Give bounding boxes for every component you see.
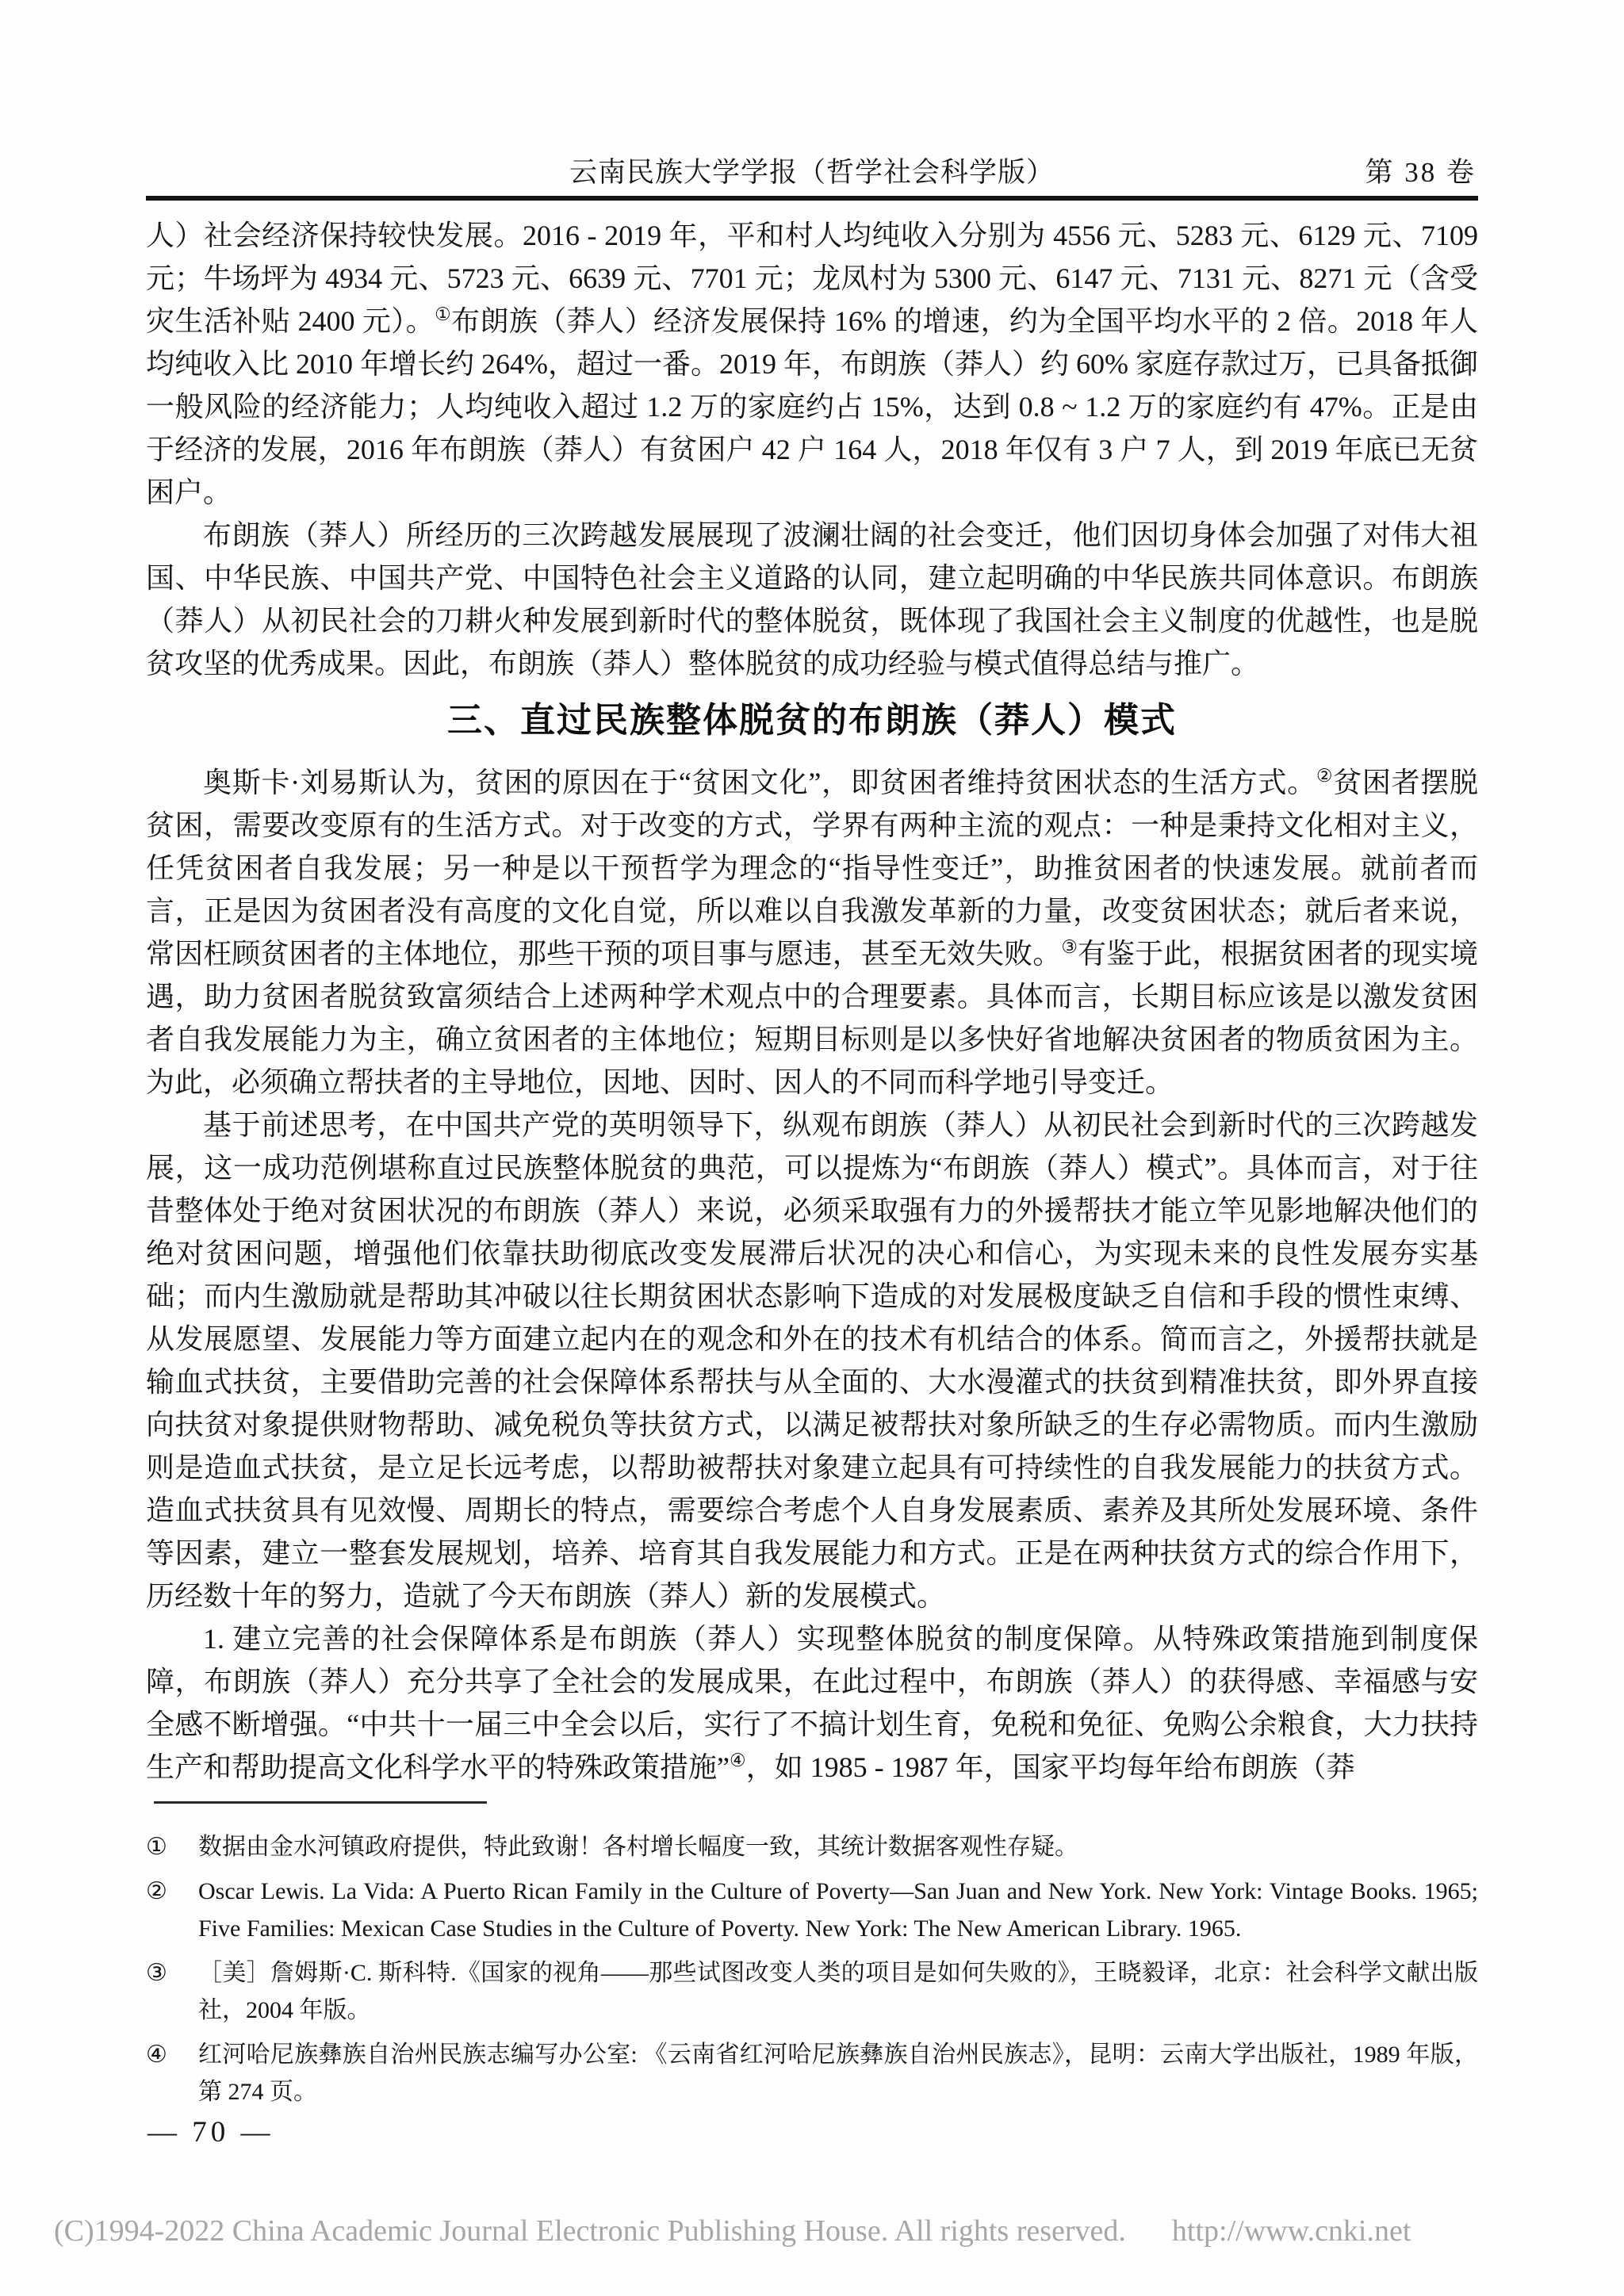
body-paragraph-2: 布朗族（莽人）所经历的三次跨越发展展现了波澜壮阔的社会变迁，他们因切身体会加强了… — [146, 514, 1478, 685]
footnote-text: ［美］詹姆斯·C. 斯科特.《国家的视角——那些试图改变人类的项目是如何失败的》… — [198, 1954, 1478, 2029]
footnote-item: ④ 红河哈尼族彝族自治州民族志编写办公室: 《云南省红河哈尼族彝族自治州民族志》… — [146, 2036, 1478, 2110]
footnote-item: ② Oscar Lewis. La Vida: A Puerto Rican F… — [146, 1873, 1478, 1947]
body-paragraph-5: 1. 建立完善的社会保障体系是布朗族（莽人）实现整体脱贫的制度保障。从特殊政策措… — [146, 1617, 1478, 1789]
section-heading: 三、直过民族整体脱贫的布朗族（莽人）模式 — [146, 701, 1478, 740]
body-paragraph-1: 人）社会经济保持较快发展。2016 - 2019 年，平和村人均纯收入分别为 4… — [146, 214, 1478, 514]
footnote-item: ① 数据由金水河镇政府提供，特此致谢！各村增长幅度一致，其统计数据客观性存疑。 — [146, 1828, 1478, 1865]
footnote-separator — [154, 1801, 487, 1804]
article-body: 人）社会经济保持较快发展。2016 - 2019 年，平和村人均纯收入分别为 4… — [146, 214, 1478, 1789]
footnote-text: 数据由金水河镇政府提供，特此致谢！各村增长幅度一致，其统计数据客观性存疑。 — [198, 1828, 1478, 1865]
copyright-text: (C)1994-2022 China Academic Journal Elec… — [54, 2214, 1126, 2248]
footnote-marker: ② — [146, 1873, 179, 1947]
footnote-marker: ③ — [146, 1954, 179, 2029]
header-rule — [146, 196, 1478, 201]
cnki-url: http://www.cnki.net — [1172, 2214, 1411, 2248]
footnote-marker: ① — [146, 1828, 179, 1865]
journal-title: 云南民族大学学报（哲学社会科学版） — [146, 151, 1478, 190]
body-paragraph-3: 奥斯卡·刘易斯认为，贫困的原因在于“贫困文化”，即贫困者维持贫困状态的生活方式。… — [146, 761, 1478, 1104]
volume-number: 第 38 卷 — [1365, 151, 1477, 190]
footnotes: ① 数据由金水河镇政府提供，特此致谢！各村增长幅度一致，其统计数据客观性存疑。 … — [146, 1828, 1478, 2118]
journal-page: 云南民族大学学报（哲学社会科学版） 第 38 卷 人）社会经济保持较快发展。20… — [0, 0, 1624, 2296]
footnote-marker: ④ — [146, 2036, 179, 2110]
footnote-item: ③ ［美］詹姆斯·C. 斯科特.《国家的视角——那些试图改变人类的项目是如何失败… — [146, 1954, 1478, 2029]
footnote-text: Oscar Lewis. La Vida: A Puerto Rican Fam… — [198, 1873, 1478, 1947]
running-header: 云南民族大学学报（哲学社会科学版） 第 38 卷 — [146, 151, 1478, 186]
copyright-footer: (C)1994-2022 China Academic Journal Elec… — [54, 2214, 1592, 2248]
body-paragraph-4: 基于前述思考，在中国共产党的英明领导下，纵观布朗族（莽人）从初民社会到新时代的三… — [146, 1104, 1478, 1617]
footnote-text: 红河哈尼族彝族自治州民族志编写办公室: 《云南省红河哈尼族彝族自治州民族志》，昆… — [198, 2036, 1478, 2110]
page-number: — 70 — — [147, 2115, 274, 2149]
